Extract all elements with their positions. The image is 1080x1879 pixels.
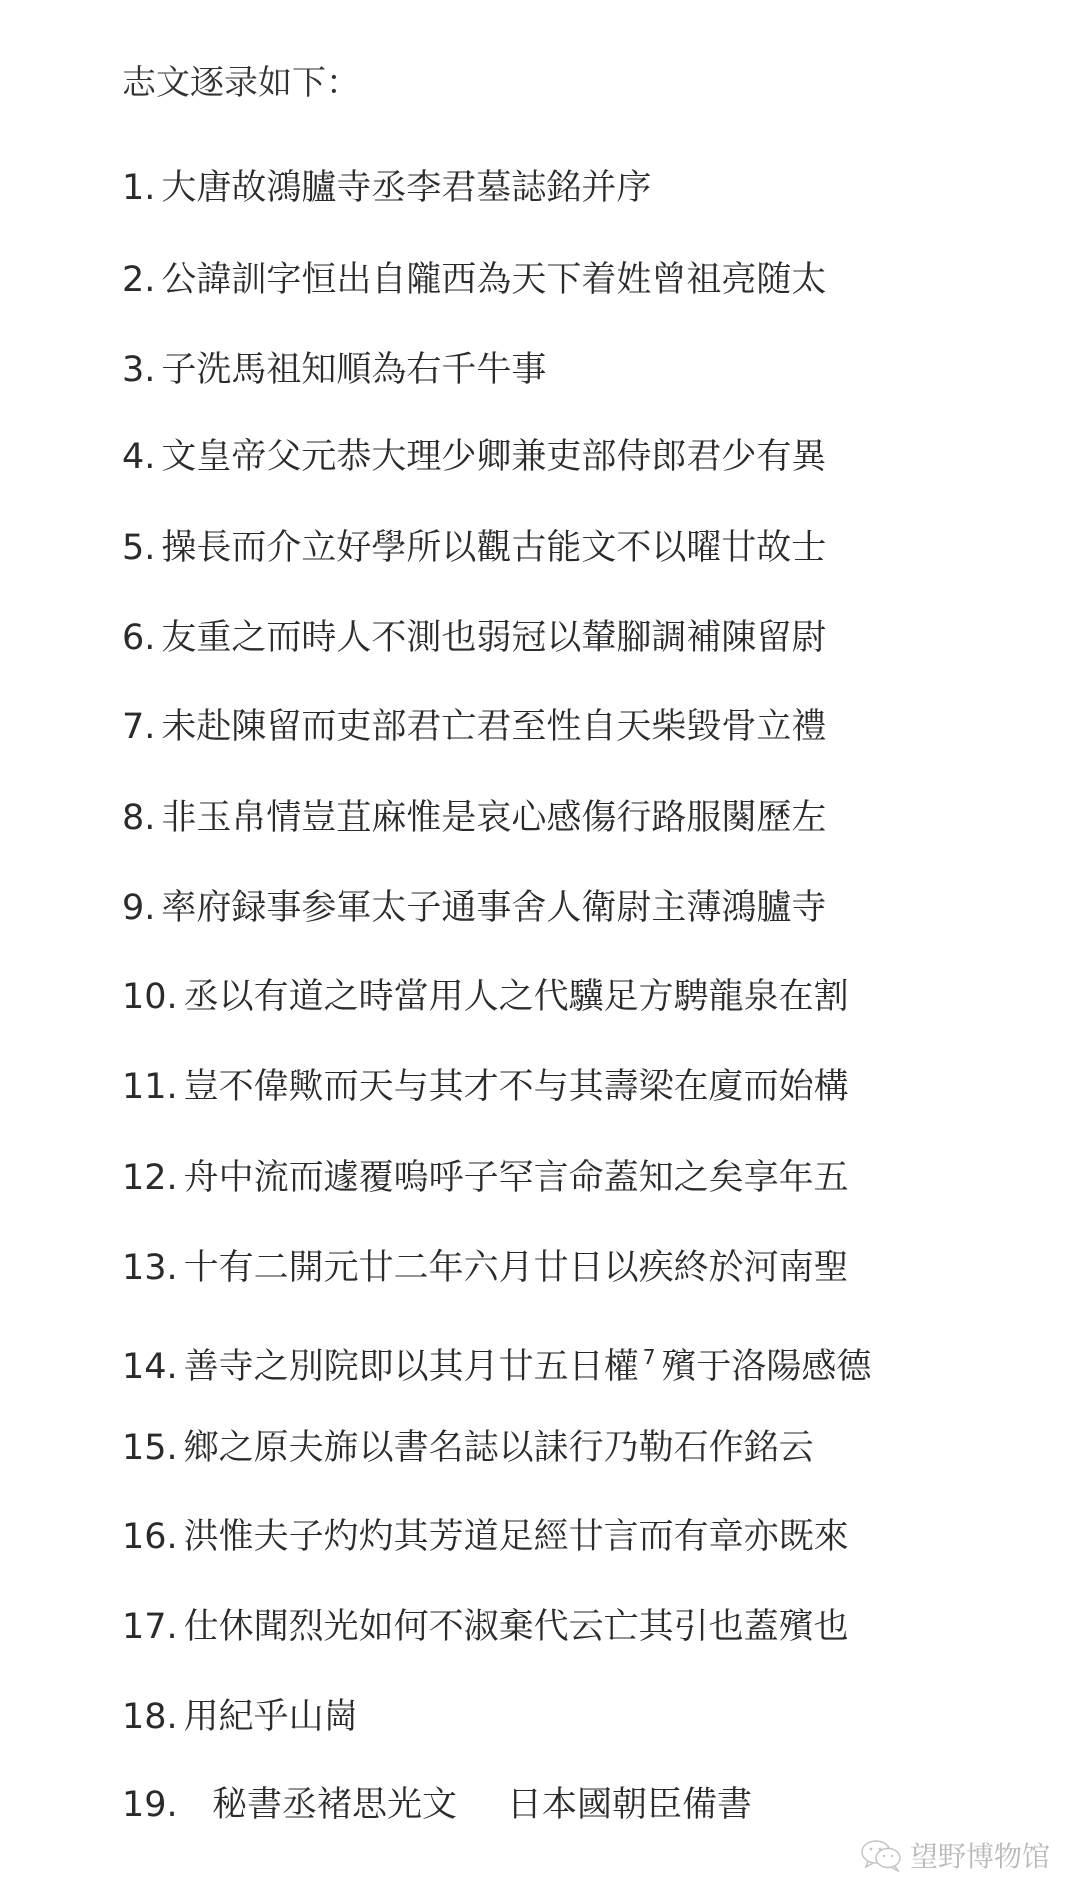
inscription-line: 6.友重之而時人不測也弱冠以輦腳調補陳留尉 [122, 613, 826, 663]
line-text: 豈不偉歟而天与其才不与其壽梁在廈而始構 [184, 1067, 849, 1107]
inscription-line: 3.子洗馬祖知順為右千牛事 [122, 345, 546, 395]
inscription-line: 11.豈不偉歟而天与其才不与其壽梁在廈而始構 [122, 1062, 849, 1112]
line-text: 公諱訓字恒出自隴西為天下着姓曾祖亮随太 [161, 260, 826, 300]
inscription-line: 13.十有二開元廿二年六月廿日以疾終於河南聖 [122, 1243, 849, 1293]
inscription-line: 4.文皇帝父元恭大理少卿兼吏部侍郎君少有異 [122, 432, 826, 482]
line-text: 鄉之原夫旆以書名誌以誄行乃勒石作銘云 [184, 1428, 814, 1468]
line-number: 15. [122, 1423, 178, 1473]
line-number: 7. [122, 702, 155, 752]
line-number: 5. [122, 523, 155, 573]
line-text: 殯于洛陽感德 [661, 1347, 871, 1387]
line-text: 丞以有道之時當用人之代驥足方騁龍泉在割 [184, 977, 849, 1017]
line-text: 大唐故鴻臚寺丞李君墓誌銘并序 [161, 168, 651, 208]
inscription-line: 15.鄉之原夫旆以書名誌以誄行乃勒石作銘云 [122, 1423, 814, 1473]
line-text: 舟中流而遽覆嗚呼子罕言命蓋知之矣享年五 [184, 1158, 849, 1198]
inscription-line: 7.未赴陳留而吏部君亡君至性自天柴毀骨立禮 [122, 702, 826, 752]
inscription-line: 1.大唐故鴻臚寺丞李君墓誌銘并序 [122, 163, 651, 213]
author-credit: 秘書丞褚思光文 [212, 1785, 457, 1825]
line-text: 未赴陳留而吏部君亡君至性自天柴毀骨立禮 [161, 707, 826, 747]
line-text: 友重之而時人不測也弱冠以輦腳調補陳留尉 [161, 618, 826, 658]
calligrapher-credit: 日本國朝臣備書 [507, 1785, 752, 1825]
line-text: 文皇帝父元恭大理少卿兼吏部侍郎君少有異 [161, 437, 826, 477]
watermark: 望野博物馆 [860, 1838, 1050, 1872]
inscription-line: 16.洪惟夫子灼灼其芳道足經廿言而有章亦既來 [122, 1512, 849, 1562]
line-text: 洪惟夫子灼灼其芳道足經廿言而有章亦既來 [184, 1517, 849, 1557]
line-number: 17. [122, 1602, 178, 1652]
line-number: 6. [122, 613, 155, 663]
inscription-line: 8.非玉帛情豈苴麻惟是哀心感傷行路服闋歷左 [122, 793, 826, 843]
inscription-line: 12.舟中流而遽覆嗚呼子罕言命蓋知之矣享年五 [122, 1153, 849, 1203]
line-number: 19. [122, 1780, 212, 1830]
line-text: 非玉帛情豈苴麻惟是哀心感傷行路服闋歷左 [161, 798, 826, 838]
wechat-icon [860, 1838, 904, 1872]
line-text: 十有二開元廿二年六月廿日以疾終於河南聖 [184, 1248, 849, 1288]
line-number: 16. [122, 1512, 178, 1562]
line-text: 率府録事参軍太子通事舍人衛尉主薄鴻臚寺 [161, 888, 826, 928]
inscription-line: 2.公諱訓字恒出自隴西為天下着姓曾祖亮随太 [122, 255, 826, 305]
inscription-line-signature: 19.秘書丞褚思光文日本國朝臣備書 [122, 1780, 752, 1830]
inscription-line: 5.操長而介立好學所以觀古能文不以曜廿故士 [122, 523, 826, 573]
line-text: 子洗馬祖知順為右千牛事 [161, 350, 546, 390]
footnote-marker: 7 [643, 1345, 656, 1369]
line-number: 3. [122, 345, 155, 395]
line-number: 11. [122, 1062, 178, 1112]
line-text: 善寺之別院即以其月廿五日權 [184, 1347, 639, 1387]
line-number: 18. [122, 1692, 178, 1742]
line-number: 8. [122, 793, 155, 843]
line-text: 仕休聞烈光如何不淑棄代云亡其引也蓋殯也 [184, 1607, 849, 1647]
inscription-line: 14.善寺之別院即以其月廿五日權7殯于洛陽感德 [122, 1332, 871, 1382]
line-text: 操長而介立好學所以觀古能文不以曜廿故士 [161, 528, 826, 568]
line-number: 12. [122, 1153, 178, 1203]
line-number: 4. [122, 432, 155, 482]
intro-heading: 志文逐录如下： [122, 58, 360, 108]
line-number: 14. [122, 1342, 178, 1392]
line-number: 13. [122, 1243, 178, 1293]
inscription-line: 17.仕休聞烈光如何不淑棄代云亡其引也蓋殯也 [122, 1602, 849, 1652]
line-number: 1. [122, 163, 155, 213]
watermark-label: 望野博物馆 [910, 1835, 1050, 1875]
line-text: 用紀乎山崗 [184, 1697, 359, 1737]
line-number: 10. [122, 972, 178, 1022]
line-number: 9. [122, 883, 155, 933]
inscription-line: 18.用紀乎山崗 [122, 1692, 359, 1742]
line-number: 2. [122, 255, 155, 305]
inscription-line: 10.丞以有道之時當用人之代驥足方騁龍泉在割 [122, 972, 849, 1022]
document-page: 志文逐录如下： 1.大唐故鴻臚寺丞李君墓誌銘并序 2.公諱訓字恒出自隴西為天下着… [0, 0, 1080, 1879]
inscription-line: 9.率府録事参軍太子通事舍人衛尉主薄鴻臚寺 [122, 883, 826, 933]
